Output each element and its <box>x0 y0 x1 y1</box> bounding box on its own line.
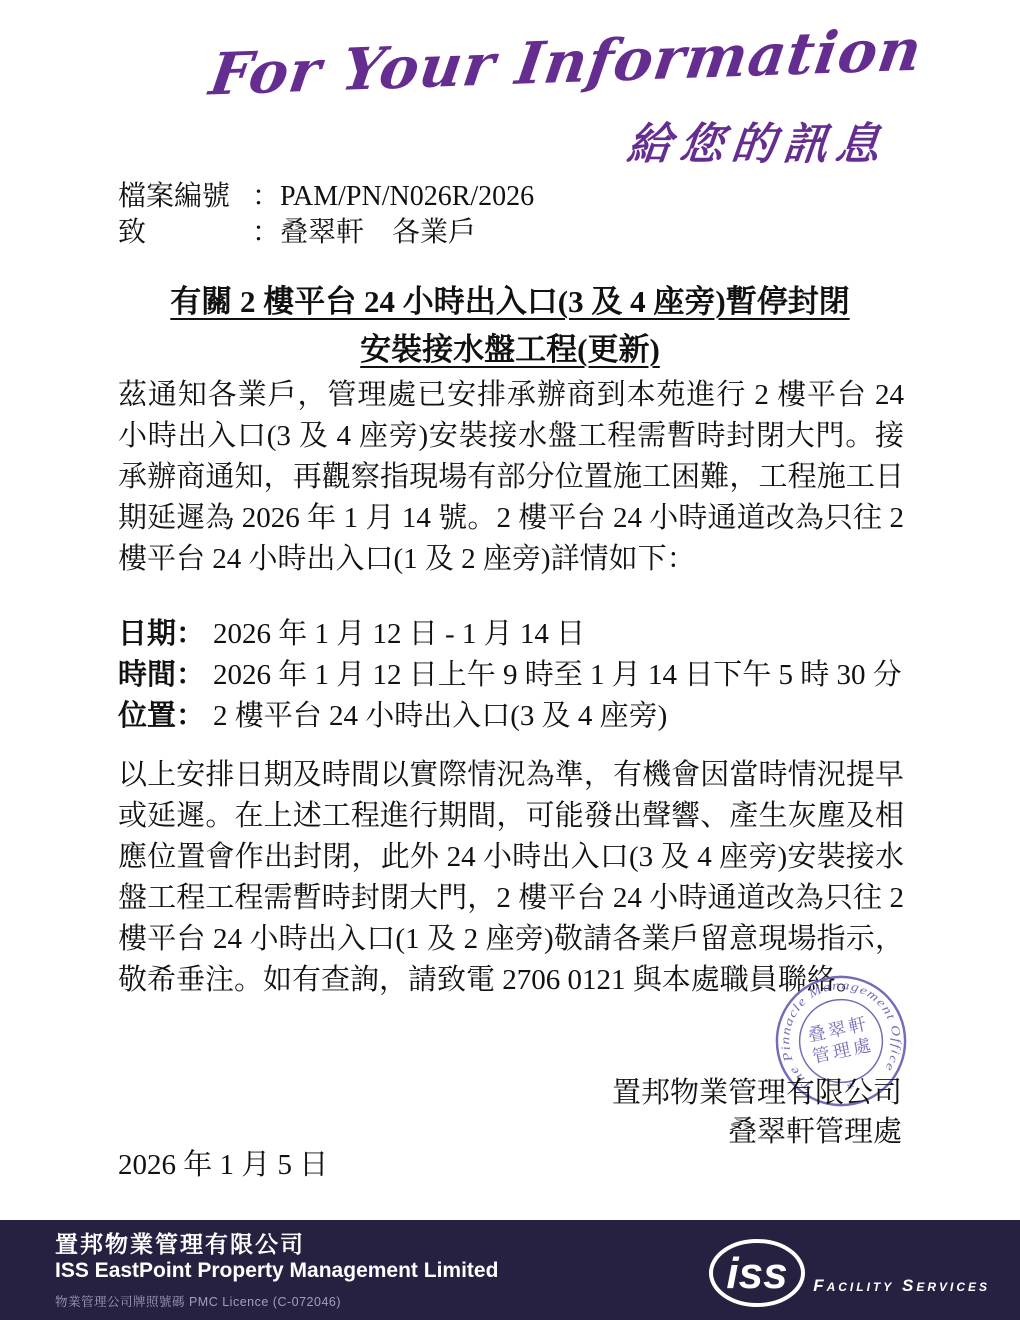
iss-logo-icon: iss <box>707 1236 807 1308</box>
detail-date-value: 2026 年 1 月 12 日 - 1 月 14 日 <box>213 618 585 650</box>
detail-time-value: 2026 年 1 月 12 日上午 9 時至 1 月 14 日下午 5 時 30… <box>213 659 902 691</box>
addressee-label: 致 <box>118 216 252 250</box>
footer-company-block: 置邦物業管理有限公司 ISS EastPoint Property Manage… <box>55 1230 498 1310</box>
detail-location-label: 位置： <box>118 700 205 732</box>
file-number-label: 檔案編號 <box>118 180 252 214</box>
footer-company-en: ISS EastPoint Property Management Limite… <box>55 1258 498 1284</box>
detail-date-label: 日期： <box>118 618 205 650</box>
body-paragraph-2: 以上安排日期及時間以實際情況為準，有機會因當時情況提早或延遲。在上述工程進行期間… <box>118 755 904 1001</box>
addressee-row: 致：叠翠軒 各業戶 <box>118 216 476 250</box>
footer-licence: 物業管理公司牌照號碼 PMC Licence (C-072046) <box>55 1292 498 1310</box>
file-number-value: ：PAM/PN/N026R/2026 <box>252 181 534 212</box>
signature-company: 置邦物業管理有限公司 <box>612 1074 902 1113</box>
file-number-row: 檔案編號：PAM/PN/N026R/2026 <box>118 180 534 214</box>
iss-logo-text: iss <box>727 1249 788 1298</box>
detail-date-row: 日期：2026 年 1 月 12 日 - 1 月 14 日 <box>118 614 902 655</box>
detail-time-label: 時間： <box>118 659 205 691</box>
body-paragraph-1: 茲通知各業戶，管理處已安排承辦商到本苑進行 2 樓平台 24 小時出入口(3 及… <box>118 375 904 580</box>
work-details: 日期：2026 年 1 月 12 日 - 1 月 14 日 時間：2026 年 … <box>118 614 902 737</box>
notice-title-line2: 安裝接水盤工程(更新) <box>360 332 660 367</box>
detail-location-value: 2 樓平台 24 小時出入口(3 及 4 座旁) <box>213 700 667 732</box>
signature-office: 叠翠軒管理處 <box>612 1113 902 1152</box>
notice-title-line1: 有關 2 樓平台 24 小時出入口(3 及 4 座旁)暫停封閉 <box>170 284 849 319</box>
issue-date: 2026 年 1 月 5 日 <box>118 1142 328 1183</box>
notice-document: For Your Information 給您的訊息 檔案編號：PAM/PN/N… <box>0 0 1020 1320</box>
iss-logo-caption: Facility Services <box>813 1276 990 1296</box>
iss-logo-block: iss Facility Services <box>707 1236 990 1308</box>
detail-time-row: 時間：2026 年 1 月 12 日上午 9 時至 1 月 14 日下午 5 時… <box>118 655 902 696</box>
footer-company-zh: 置邦物業管理有限公司 <box>55 1230 498 1258</box>
detail-location-row: 位置：2 樓平台 24 小時出入口(3 及 4 座旁) <box>118 696 902 737</box>
for-your-information-script: For Your Information <box>206 20 819 109</box>
notice-title: 有關 2 樓平台 24 小時出入口(3 及 4 座旁)暫停封閉 安裝接水盤工程(… <box>0 278 1020 374</box>
fyi-chinese-calligraphy: 給您的訊息 <box>625 108 892 172</box>
addressee-value: ：叠翠軒 各業戶 <box>252 217 476 248</box>
signature-block: 置邦物業管理有限公司 叠翠軒管理處 <box>612 1074 902 1152</box>
footer-band: 置邦物業管理有限公司 ISS EastPoint Property Manage… <box>0 1220 1020 1320</box>
